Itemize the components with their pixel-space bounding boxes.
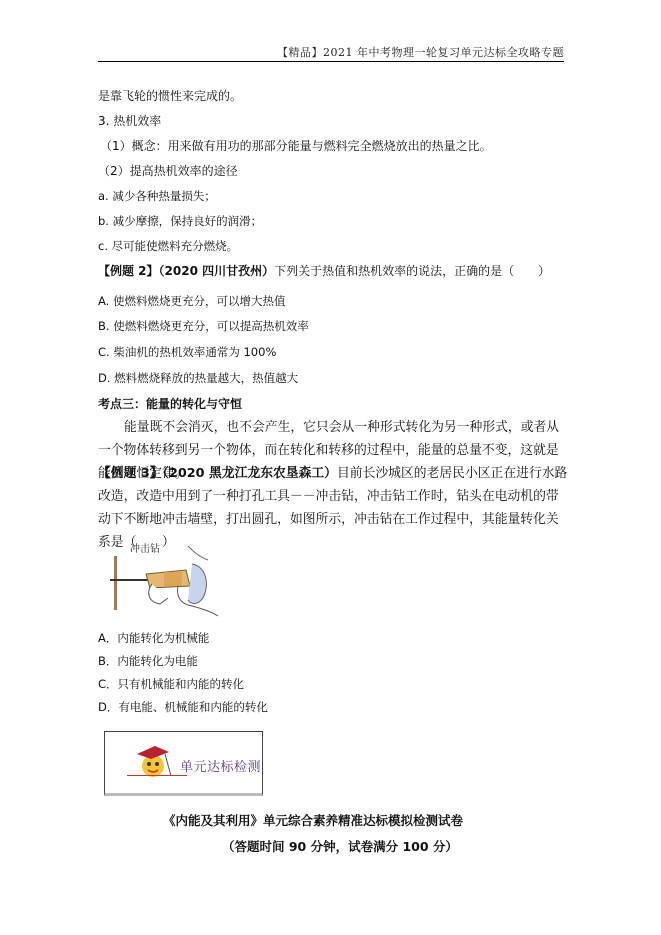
example2-option-c: C. 柴油机的热机效率通常为 100% (98, 344, 276, 360)
header-title: 【精品】2021 年中考物理一轮复习单元达标全攻略专题 (277, 44, 564, 60)
improve-heading: （2）提高热机效率的途径 (98, 163, 238, 179)
method-item: b. 减少摩擦，保持良好的润滑； (98, 213, 262, 229)
impact-drill-figure: 冲击钻 (108, 540, 220, 620)
concept-text: （1）概念：用来做有用功的那部分能量与燃料完全燃烧放出的热量之比。 (100, 138, 492, 154)
example2-option-d: D. 燃料燃烧释放的热量越大，热值越大 (98, 370, 298, 386)
energy-heading: 考点三：能量的转化与守恒 (98, 396, 242, 412)
figure-label: 冲击钻 (130, 542, 160, 555)
test-title: 《内能及其利用》单元综合素养精准达标模拟检测试卷 (163, 811, 463, 829)
example2-text: 下列关于热值和热机效率的说法，正确的是（ ） (274, 264, 550, 278)
example3-option-c: C．只有机械能和内能的转化 (98, 676, 244, 692)
example2-option-b: B. 使燃料燃烧更充分，可以提高热机效率 (98, 318, 309, 334)
example3-tag: 【例题 3】 (98, 466, 163, 481)
method-item: c. 尽可能使燃料充分燃烧。 (98, 238, 238, 254)
test-subtitle: （答题时间 90 分钟，试卷满分 100 分） (222, 837, 458, 855)
method-item: a. 减少各种热量损失； (98, 188, 216, 204)
header-divider (98, 61, 564, 62)
example3-option-d: D．有电能、机械能和内能的转化 (98, 699, 268, 715)
unit-test-badge: 单元达标检测 (104, 731, 263, 796)
carryover-text: 是靠飞轮的惯性来完成的。 (98, 88, 242, 104)
example2-source: （2020 四川甘孜州） (159, 264, 275, 278)
impact-drill-illustration: 冲击钻 (108, 540, 220, 620)
graduate-smiley-icon (125, 736, 185, 786)
section-heading: 3. 热机效率 (98, 113, 161, 129)
example3-option-b: B．内能转化为电能 (98, 653, 198, 669)
example2-option-a: A. 使燃料燃烧更充分，可以增大热值 (98, 293, 285, 309)
badge-underline (127, 775, 187, 776)
example2-tag: 【例题 2】 (98, 264, 159, 278)
example3-source: （2020 黑龙江龙东农垦森工） (163, 466, 337, 481)
example2-question: 【例题 2】（2020 四川甘孜州）下列关于热值和热机效率的说法，正确的是（ ） (98, 263, 550, 279)
badge-label: 单元达标检测 (180, 756, 261, 775)
example3-option-a: A．内能转化为机械能 (98, 630, 209, 646)
